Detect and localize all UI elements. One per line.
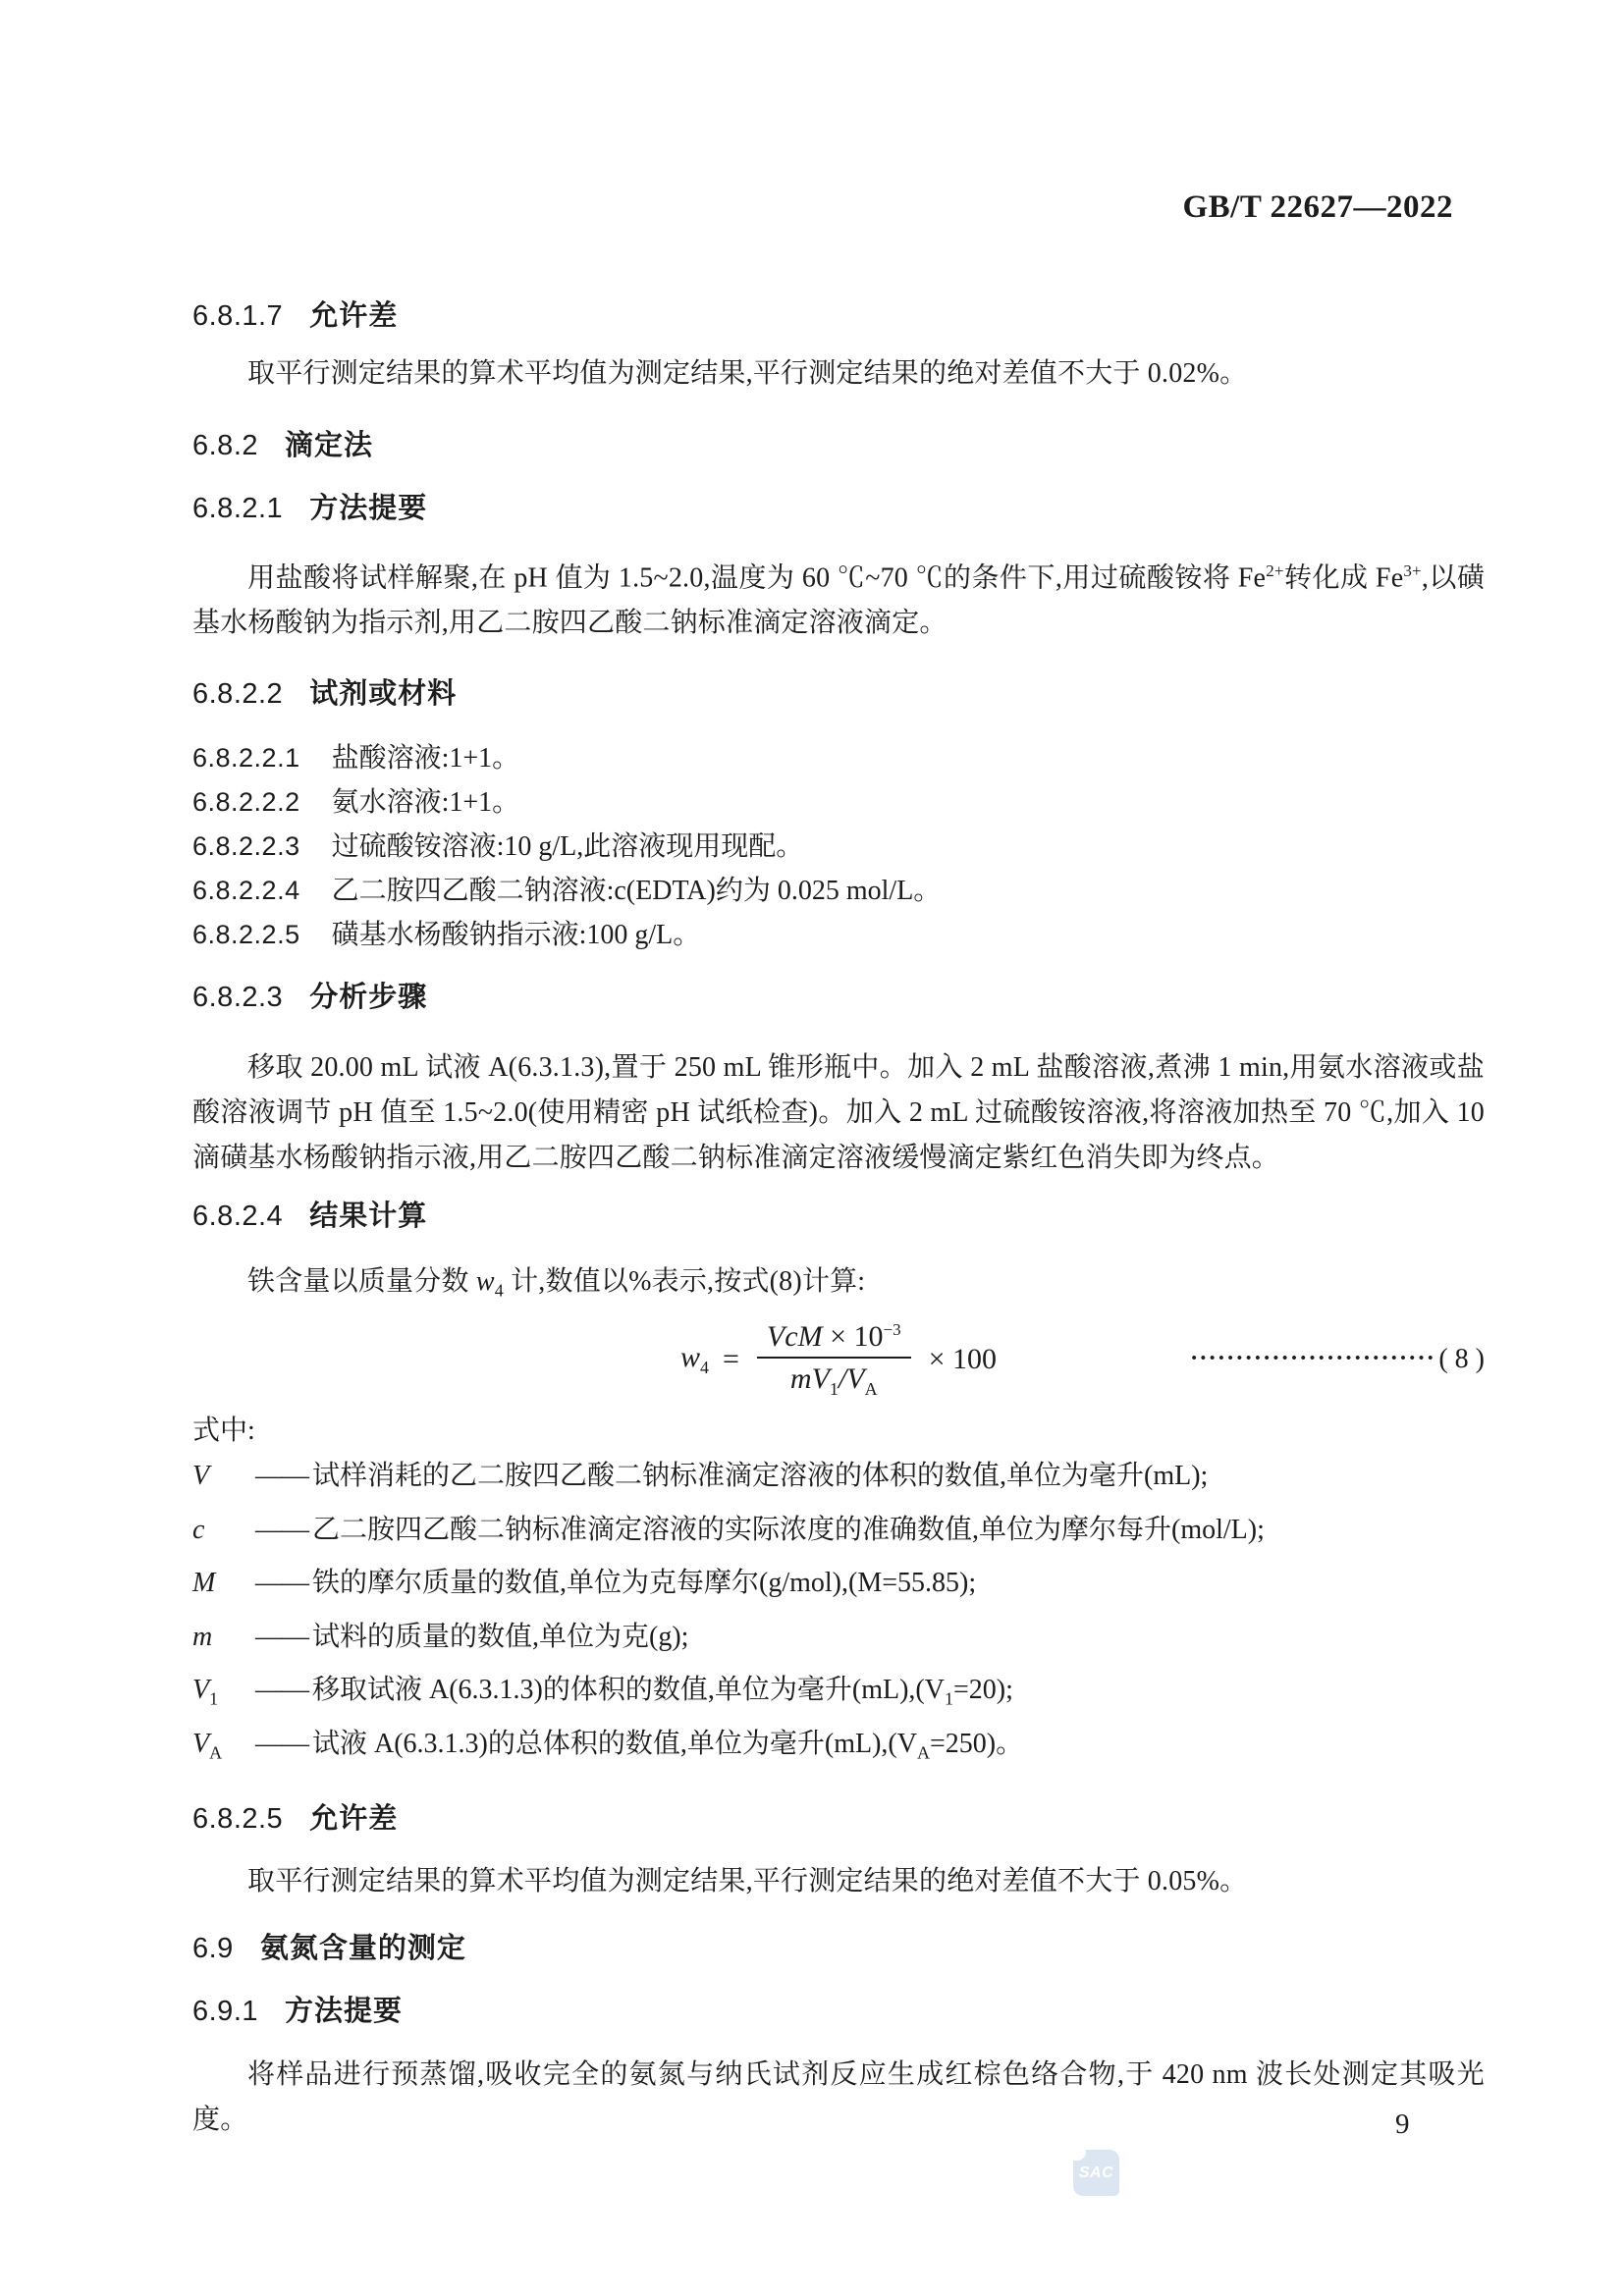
section-heading-6-8-2-5: 6.8.2.5允许差 (192, 1800, 1485, 1838)
symbol-letter: V (192, 1675, 209, 1705)
reagent-item: 6.8.2.2.4乙二胺四乙酸二钠溶液:c(EDTA)约为 0.025 mol/… (192, 869, 1485, 913)
text-segment: 用盐酸将试样解聚,在 pH 值为 1.5~2.0,温度为 60 ℃~70 ℃的条… (247, 562, 1266, 593)
definition-dash: —— (255, 1615, 308, 1669)
item-text: 过硫酸铵溶液:10 g/L,此溶液现用现配。 (332, 831, 804, 862)
fraction: VcM × 10−3 mV1/VA (757, 1314, 911, 1405)
definition-dash: —— (255, 1722, 308, 1776)
exponent-minus3: −3 (883, 1320, 900, 1339)
desc-subscript: A (917, 1742, 930, 1762)
section-number: 6.8.2.3 (192, 982, 283, 1013)
desc-text: 试液 A(6.3.1.3)的总体积的数值,单位为毫升(mL),(V (312, 1729, 917, 1759)
section-number: 6.8.1.7 (192, 300, 283, 332)
where-clause-label: 式中: (192, 1412, 1485, 1451)
symbol-letter: V (192, 1729, 209, 1759)
superscript-fe3: 3+ (1403, 561, 1422, 580)
variable-symbol: V1 (192, 1668, 255, 1722)
paragraph-method-summary-6-8-2-1: 用盐酸将试样解聚,在 pH 值为 1.5~2.0,温度为 60 ℃~70 ℃的条… (192, 549, 1485, 646)
item-text: 盐酸溶液:1+1。 (332, 743, 520, 774)
section-number: 6.9 (192, 1933, 234, 1964)
desc-text: 乙二胺四乙酸二钠标准滴定溶液的实际浓度的准确数值,单位为摩尔每升(mol/L); (312, 1515, 1265, 1545)
item-number: 6.8.2.2.2 (192, 787, 300, 817)
reagent-item: 6.8.2.2.3过硫酸铵溶液:10 g/L,此溶液现用现配。 (192, 825, 1485, 869)
text-segment: 计,数值以%表示,按式(8)计算: (504, 1266, 865, 1297)
symbol-letter: c (192, 1515, 204, 1545)
section-number: 6.8.2.5 (192, 1803, 283, 1835)
definition-dash: —— (255, 1454, 308, 1508)
variable-description: 试样消耗的乙二胺四乙酸二钠标准滴定溶液的体积的数值,单位为毫升(mL); (312, 1454, 1485, 1508)
definition-dash: —— (255, 1561, 308, 1615)
section-number: 6.8.2.2 (192, 678, 283, 710)
variable-definition: m —— 试料的质量的数值,单位为克(g); (192, 1615, 1485, 1669)
paragraph-tolerance-6-8-2-5: 取平行测定结果的算术平均值为测定结果,平行测定结果的绝对差值不大于 0.05%。 (192, 1859, 1485, 1904)
sac-logo-text: SAC (1079, 2164, 1113, 2182)
document-page: { "header": { "doc_number": "GB/T 22627—… (0, 0, 1624, 2296)
variable-definition: V —— 试样消耗的乙二胺四乙酸二钠标准滴定溶液的体积的数值,单位为毫升(mL)… (192, 1454, 1485, 1508)
symbol-letter: m (192, 1622, 212, 1652)
subscript-A: A (865, 1379, 878, 1399)
variable-description: 移取试液 A(6.3.1.3)的体积的数值,单位为毫升(mL),(V1=20); (312, 1668, 1485, 1722)
desc-text: 试料的质量的数值,单位为克(g); (312, 1622, 688, 1652)
section-heading-6-9-1: 6.9.1方法提要 (192, 1993, 1485, 2030)
variable-definition: VA —— 试液 A(6.3.1.3)的总体积的数值,单位为毫升(mL),(VA… (192, 1722, 1485, 1776)
item-number: 6.8.2.2.1 (192, 743, 300, 773)
variable-description: 试料的质量的数值,单位为克(g); (312, 1615, 1485, 1669)
item-text: 磺基水杨酸钠指示液:100 g/L。 (332, 920, 701, 950)
variables-mV: mV (790, 1362, 830, 1395)
sac-logo-notch (1073, 2150, 1086, 2161)
sac-logo: SAC (1073, 2150, 1119, 2196)
reagent-item: 6.8.2.2.1盐酸溶液:1+1。 (192, 736, 1485, 780)
variable-definition: V1 —— 移取试液 A(6.3.1.3)的体积的数值,单位为毫升(mL),(V… (192, 1668, 1485, 1722)
variable-definition-list: V —— 试样消耗的乙二胺四乙酸二钠标准滴定溶液的体积的数值,单位为毫升(mL)… (192, 1454, 1485, 1776)
desc-text: =250)。 (930, 1729, 1023, 1759)
desc-text: 铁的摩尔质量的数值,单位为克每摩尔(g/mol),(M=55.85); (312, 1568, 976, 1598)
variable-description: 乙二胺四乙酸二钠标准滴定溶液的实际浓度的准确数值,单位为摩尔每升(mol/L); (312, 1508, 1485, 1562)
desc-subscript: 1 (945, 1689, 953, 1709)
fraction-denominator: mV1/VA (757, 1359, 911, 1405)
section-title: 方法提要 (285, 1996, 403, 2027)
times-ten: × 10 (823, 1320, 884, 1353)
item-number: 6.8.2.2.4 (192, 876, 300, 905)
section-title: 允许差 (309, 1803, 398, 1835)
variable-w: w (680, 1341, 700, 1373)
item-text: 氨水溶液:1+1。 (332, 787, 520, 818)
section-number: 6.9.1 (192, 1996, 258, 2027)
variables-VcM: VcM (767, 1320, 823, 1353)
paragraph-method-summary-6-9-1: 将样品进行预蒸馏,吸收完全的氨氮与纳氏试剂反应生成红棕色络合物,于 420 nm… (192, 2053, 1485, 2143)
symbol-subscript: A (209, 1742, 222, 1762)
leader-dots: ••••••••••••••••••••••••••• (1192, 1351, 1437, 1367)
subscript-1: 1 (830, 1379, 839, 1399)
variable-symbol: m (192, 1615, 255, 1669)
paragraph-tolerance-6-8-1-7: 取平行测定结果的算术平均值为测定结果,平行测定结果的绝对差值不大于 0.02%。 (192, 351, 1485, 397)
variable-description: 铁的摩尔质量的数值,单位为克每摩尔(g/mol),(M=55.85); (312, 1561, 1485, 1615)
page-body: GB/T 22627—2022 6.8.1.7允许差 取平行测定结果的算术平均值… (0, 0, 1624, 2143)
equation-number: ( 8 ) (1438, 1344, 1485, 1375)
reagent-item: 6.8.2.2.2氨水溶液:1+1。 (192, 780, 1485, 825)
section-title: 允许差 (309, 300, 398, 332)
paragraph-result-intro-6-8-2-4: 铁含量以质量分数 w4 计,数值以%表示,按式(8)计算: (192, 1259, 1485, 1313)
section-title: 滴定法 (285, 430, 373, 461)
section-title: 试剂或材料 (309, 678, 457, 710)
symbol-letter: V (192, 1461, 209, 1491)
text-segment: 铁含量以质量分数 (247, 1266, 476, 1297)
section-heading-6-8-2-4: 6.8.2.4结果计算 (192, 1198, 1485, 1235)
equation-8: w4 = VcM × 10−3 mV1/VA × 100 •••••••••••… (192, 1321, 1485, 1398)
equation-leader: ••••••••••••••••••••••••••• ( 8 ) (1192, 1344, 1485, 1375)
formula-expression: w4 = VcM × 10−3 mV1/VA × 100 (680, 1314, 997, 1405)
standard-number-header: GB/T 22627—2022 (192, 189, 1485, 225)
page-number: 9 (1395, 2109, 1410, 2141)
desc-text: 试样消耗的乙二胺四乙酸二钠标准滴定溶液的体积的数值,单位为毫升(mL); (312, 1461, 1208, 1491)
section-title: 分析步骤 (309, 982, 427, 1013)
desc-text: =20); (953, 1675, 1013, 1705)
subscript-4: 4 (700, 1358, 709, 1377)
symbol-subscript: 1 (209, 1689, 218, 1709)
section-heading-6-8-1-7: 6.8.1.7允许差 (192, 297, 1485, 335)
variable-over-V: /V (839, 1362, 865, 1395)
item-number: 6.8.2.2.3 (192, 831, 300, 861)
variable-symbol: c (192, 1508, 255, 1562)
variable-description: 试液 A(6.3.1.3)的总体积的数值,单位为毫升(mL),(VA=250)。 (312, 1722, 1485, 1776)
section-number: 6.8.2 (192, 430, 258, 461)
section-heading-6-8-2-2: 6.8.2.2试剂或材料 (192, 675, 1485, 713)
section-title: 结果计算 (309, 1201, 427, 1232)
superscript-fe2: 2+ (1266, 561, 1284, 580)
variable-symbol: M (192, 1561, 255, 1615)
subscript-4: 4 (495, 1281, 504, 1301)
section-number: 6.8.2.4 (192, 1201, 283, 1232)
section-heading-6-8-2-3: 6.8.2.3分析步骤 (192, 979, 1485, 1016)
times-100: × 100 (929, 1343, 997, 1376)
formula-lhs: w4 (680, 1341, 709, 1378)
text-segment: 转化成 Fe (1284, 562, 1404, 593)
section-heading-6-8-2-1: 6.8.2.1方法提要 (192, 490, 1485, 527)
variable-symbol: V (192, 1454, 255, 1508)
item-text: 乙二胺四乙酸二钠溶液:c(EDTA)约为 0.025 mol/L。 (332, 876, 942, 906)
variable-definition: M —— 铁的摩尔质量的数值,单位为克每摩尔(g/mol),(M=55.85); (192, 1561, 1485, 1615)
variable-symbol: VA (192, 1722, 255, 1776)
section-heading-6-9: 6.9氨氮含量的测定 (192, 1930, 1485, 1967)
definition-dash: —— (255, 1508, 308, 1562)
section-number: 6.8.2.1 (192, 493, 283, 524)
section-heading-6-8-2: 6.8.2滴定法 (192, 427, 1485, 464)
item-number: 6.8.2.2.5 (192, 920, 300, 949)
paragraph-procedure-6-8-2-3: 移取 20.00 mL 试液 A(6.3.1.3),置于 250 mL 锥形瓶中… (192, 1045, 1485, 1181)
desc-text: 移取试液 A(6.3.1.3)的体积的数值,单位为毫升(mL),(V (312, 1675, 945, 1705)
definition-dash: —— (255, 1668, 308, 1722)
variable-w: w (476, 1266, 495, 1297)
section-title: 方法提要 (309, 493, 427, 524)
reagent-item: 6.8.2.2.5磺基水杨酸钠指示液:100 g/L。 (192, 913, 1485, 957)
variable-definition: c —— 乙二胺四乙酸二钠标准滴定溶液的实际浓度的准确数值,单位为摩尔每升(mo… (192, 1508, 1485, 1562)
section-title: 氨氮含量的测定 (260, 1933, 466, 1964)
reagent-list: 6.8.2.2.1盐酸溶液:1+1。 6.8.2.2.2氨水溶液:1+1。 6.… (192, 736, 1485, 957)
fraction-numerator: VcM × 10−3 (757, 1314, 911, 1359)
symbol-letter: M (192, 1568, 215, 1598)
equals-sign: = (723, 1343, 739, 1376)
